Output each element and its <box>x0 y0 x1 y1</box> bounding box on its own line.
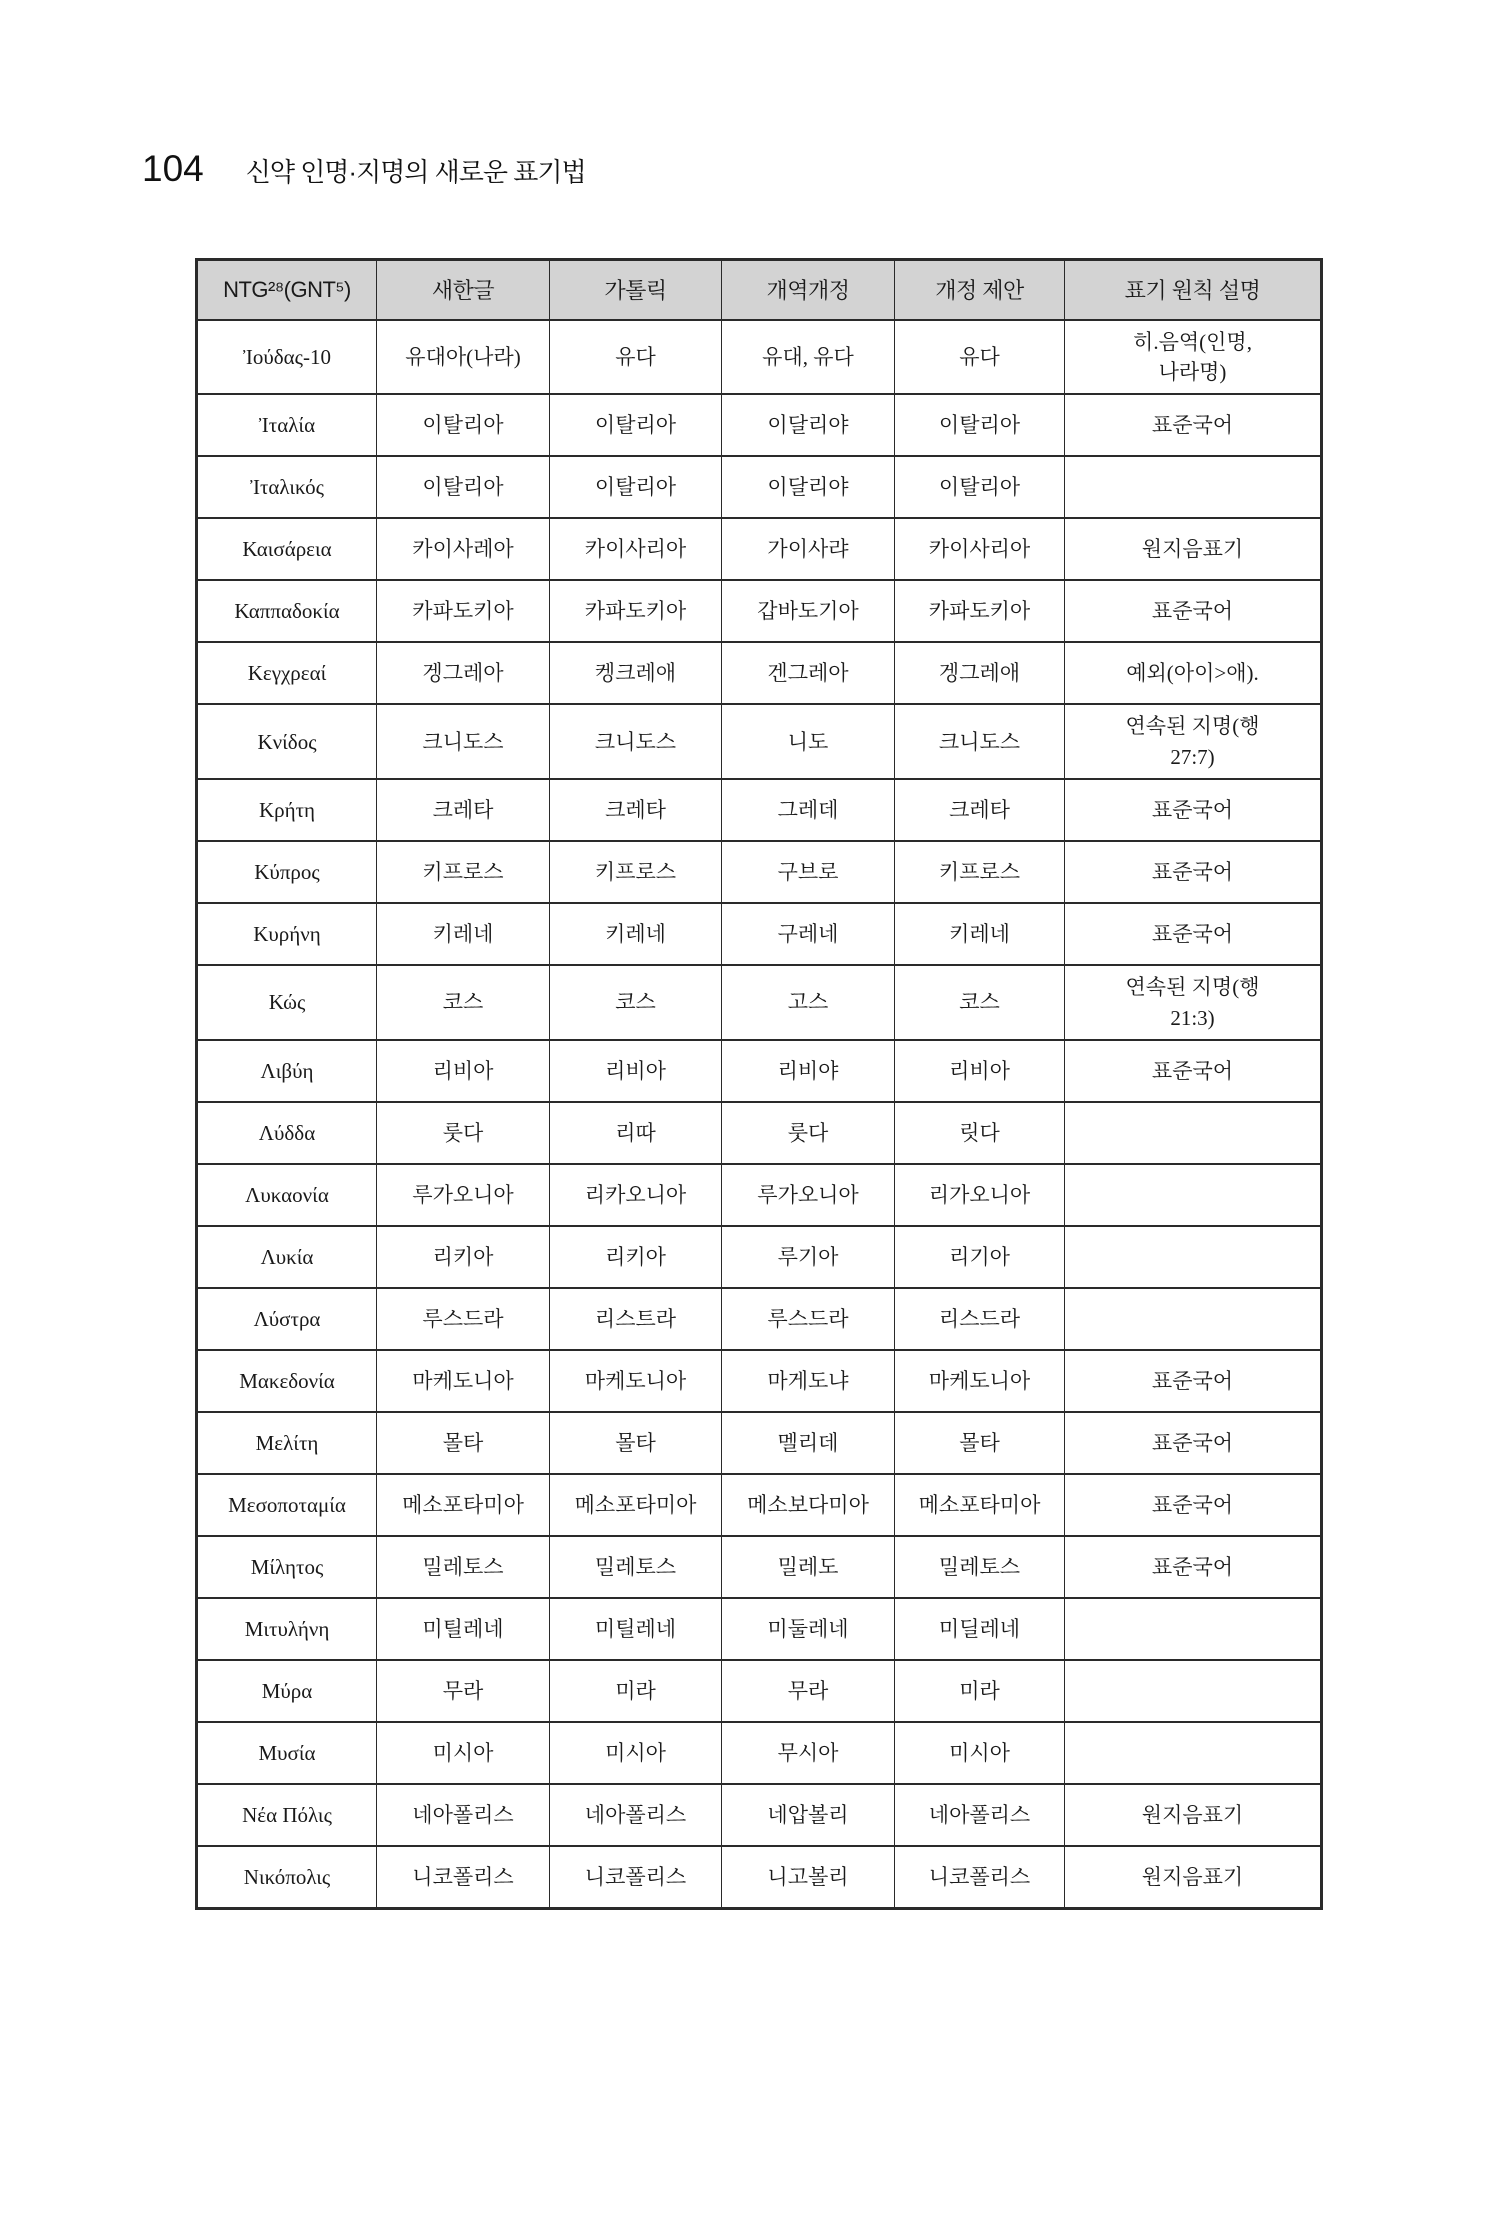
transliteration-cell: 유대아(나라) <box>377 320 550 395</box>
transliteration-cell: 미라 <box>895 1660 1065 1722</box>
transliteration-cell: 크레타 <box>377 779 550 841</box>
transliteration-cell: 겐그레아 <box>722 642 895 704</box>
transliteration-cell: 몰타 <box>895 1412 1065 1474</box>
table-row: Νέα Πόλις네아폴리스네아폴리스네압볼리네아폴리스원지음표기 <box>197 1784 1322 1846</box>
transliteration-cell: 크니도스 <box>895 704 1065 779</box>
table-row: Μεσοποταμία메소포타미아메소포타미아메소보다미아메소포타미아표준국어 <box>197 1474 1322 1536</box>
greek-name-cell: Λιβύη <box>197 1040 377 1102</box>
transliteration-cell: 리스트라 <box>550 1288 722 1350</box>
greek-name-cell: Καισάρεια <box>197 518 377 580</box>
transliteration-cell: 루기아 <box>722 1226 895 1288</box>
transliteration-cell: 코스 <box>550 965 722 1040</box>
table-row: Λυκία리키아리키아루기아리기아 <box>197 1226 1322 1288</box>
transliteration-cell: 코스 <box>895 965 1065 1040</box>
transliteration-cell: 이탈리아 <box>550 394 722 456</box>
transliteration-cell: 리비아 <box>377 1040 550 1102</box>
transliteration-cell: 리비아 <box>550 1040 722 1102</box>
transliteration-cell: 네아폴리스 <box>895 1784 1065 1846</box>
note-cell <box>1065 1226 1322 1288</box>
transliteration-cell: 이탈리아 <box>377 456 550 518</box>
table-row: Κνίδος크니도스크니도스니도크니도스연속된 지명(행 27:7) <box>197 704 1322 779</box>
greek-name-cell: Λύστρα <box>197 1288 377 1350</box>
transliteration-cell: 이탈리아 <box>895 456 1065 518</box>
document-page: 104 신약 인명·지명의 새로운 표기법 NTG²⁸(GNT⁵)새한글가톨릭개… <box>0 0 1512 2220</box>
table-row: Νικόπολις니코폴리스니코폴리스니고볼리니코폴리스원지음표기 <box>197 1846 1322 1908</box>
greek-name-cell: Μύρα <box>197 1660 377 1722</box>
transliteration-cell: 미라 <box>550 1660 722 1722</box>
note-cell <box>1065 1102 1322 1164</box>
table-row: Μελίτη몰타몰타멜리데몰타표준국어 <box>197 1412 1322 1474</box>
transliteration-cell: 미시아 <box>377 1722 550 1784</box>
transliteration-cell: 카이사리아 <box>895 518 1065 580</box>
transliteration-cell: 루가오니아 <box>722 1164 895 1226</box>
table-row: Μύρα무라미라무라미라 <box>197 1660 1322 1722</box>
greek-name-cell: Κύπρος <box>197 841 377 903</box>
greek-name-cell: Ἰούδας-10 <box>197 320 377 395</box>
table-row: Ἰταλία이탈리아이탈리아이달리야이탈리아표준국어 <box>197 394 1322 456</box>
greek-name-cell: Καππαδοκία <box>197 580 377 642</box>
transliteration-table: NTG²⁸(GNT⁵)새한글가톨릭개역개정개정 제안표기 원칙 설명 Ἰούδα… <box>195 258 1323 1910</box>
transliteration-cell: 리비아 <box>895 1040 1065 1102</box>
greek-name-cell: Μίλητος <box>197 1536 377 1598</box>
table-row: Καππαδοκία카파도키아카파도키아갑바도기아카파도키아표준국어 <box>197 580 1322 642</box>
table-row: Λιβύη리비아리비아리비야리비아표준국어 <box>197 1040 1322 1102</box>
transliteration-cell: 겡그레아 <box>377 642 550 704</box>
transliteration-cell: 켕크레애 <box>550 642 722 704</box>
transliteration-cell: 메소포타미아 <box>895 1474 1065 1536</box>
transliteration-cell: 멜리데 <box>722 1412 895 1474</box>
transliteration-cell: 미시아 <box>550 1722 722 1784</box>
transliteration-cell: 마케도니아 <box>550 1350 722 1412</box>
transliteration-cell: 니코폴리스 <box>895 1846 1065 1908</box>
transliteration-cell: 키레네 <box>895 903 1065 965</box>
transliteration-cell: 미틸레네 <box>550 1598 722 1660</box>
transliteration-cell: 미시아 <box>895 1722 1065 1784</box>
table-row: Κύπρος키프로스키프로스구브로키프로스표준국어 <box>197 841 1322 903</box>
note-cell: 표준국어 <box>1065 1536 1322 1598</box>
table-row: Λύστρα루스드라리스트라루스드라리스드라 <box>197 1288 1322 1350</box>
column-header-2: 가톨릭 <box>550 260 722 320</box>
transliteration-cell: 네압볼리 <box>722 1784 895 1846</box>
transliteration-cell: 리가오니아 <box>895 1164 1065 1226</box>
transliteration-cell: 크니도스 <box>377 704 550 779</box>
column-header-5: 표기 원칙 설명 <box>1065 260 1322 320</box>
column-header-3: 개역개정 <box>722 260 895 320</box>
table-row: Κρήτη크레타크레타그레데크레타표준국어 <box>197 779 1322 841</box>
table-row: Λυκαονία루가오니아리카오니아루가오니아리가오니아 <box>197 1164 1322 1226</box>
transliteration-cell: 니도 <box>722 704 895 779</box>
note-cell <box>1065 1722 1322 1784</box>
transliteration-cell: 키레네 <box>550 903 722 965</box>
page-header: 104 신약 인명·지명의 새로운 표기법 <box>142 148 586 190</box>
greek-name-cell: Ἰταλικός <box>197 456 377 518</box>
transliteration-cell: 리비야 <box>722 1040 895 1102</box>
note-cell: 원지음표기 <box>1065 1846 1322 1908</box>
transliteration-cell: 리키아 <box>550 1226 722 1288</box>
transliteration-cell: 이탈리아 <box>377 394 550 456</box>
transliteration-cell: 카이사레아 <box>377 518 550 580</box>
greek-name-cell: Νικόπολις <box>197 1846 377 1908</box>
note-cell: 표준국어 <box>1065 1350 1322 1412</box>
transliteration-cell: 룻다 <box>722 1102 895 1164</box>
column-header-4: 개정 제안 <box>895 260 1065 320</box>
transliteration-cell: 가이사랴 <box>722 518 895 580</box>
transliteration-cell: 유다 <box>895 320 1065 395</box>
greek-name-cell: Μυσία <box>197 1722 377 1784</box>
transliteration-cell: 키프로스 <box>550 841 722 903</box>
transliteration-cell: 그레데 <box>722 779 895 841</box>
transliteration-cell: 릿다 <box>895 1102 1065 1164</box>
transliteration-cell: 니코폴리스 <box>550 1846 722 1908</box>
note-cell <box>1065 1288 1322 1350</box>
greek-name-cell: Λυκαονία <box>197 1164 377 1226</box>
note-cell: 표준국어 <box>1065 1040 1322 1102</box>
transliteration-cell: 메소보다미아 <box>722 1474 895 1536</box>
greek-name-cell: Κνίδος <box>197 704 377 779</box>
note-cell: 예외(아이>애). <box>1065 642 1322 704</box>
note-cell: 원지음표기 <box>1065 518 1322 580</box>
note-cell: 표준국어 <box>1065 580 1322 642</box>
table-row: Λύδδα룻다리따룻다릿다 <box>197 1102 1322 1164</box>
transliteration-cell: 루스드라 <box>722 1288 895 1350</box>
table-row: Ἰταλικός이탈리아이탈리아이달리야이탈리아 <box>197 456 1322 518</box>
greek-name-cell: Λυκία <box>197 1226 377 1288</box>
transliteration-cell: 구브로 <box>722 841 895 903</box>
note-cell: 표준국어 <box>1065 841 1322 903</box>
transliteration-cell: 키프로스 <box>377 841 550 903</box>
note-cell: 히.음역(인명, 나라명) <box>1065 320 1322 395</box>
table-header-row: NTG²⁸(GNT⁵)새한글가톨릭개역개정개정 제안표기 원칙 설명 <box>197 260 1322 320</box>
note-cell <box>1065 1164 1322 1226</box>
greek-name-cell: Μεσοποταμία <box>197 1474 377 1536</box>
transliteration-cell: 이탈리아 <box>550 456 722 518</box>
note-cell: 표준국어 <box>1065 779 1322 841</box>
greek-name-cell: Μιτυλήνη <box>197 1598 377 1660</box>
transliteration-cell: 리카오니아 <box>550 1164 722 1226</box>
transliteration-cell: 미둘레네 <box>722 1598 895 1660</box>
transliteration-cell: 크니도스 <box>550 704 722 779</box>
note-cell: 연속된 지명(행 27:7) <box>1065 704 1322 779</box>
table-row: Ἰούδας-10유대아(나라)유다유대, 유다유다히.음역(인명, 나라명) <box>197 320 1322 395</box>
note-cell: 표준국어 <box>1065 394 1322 456</box>
transliteration-cell: 구레네 <box>722 903 895 965</box>
transliteration-cell: 키레네 <box>377 903 550 965</box>
table-row: Μίλητος밀레토스밀레토스밀레도밀레토스표준국어 <box>197 1536 1322 1598</box>
note-cell: 원지음표기 <box>1065 1784 1322 1846</box>
transliteration-cell: 리기아 <box>895 1226 1065 1288</box>
note-cell: 표준국어 <box>1065 903 1322 965</box>
transliteration-cell: 밀레도 <box>722 1536 895 1598</box>
table-body: Ἰούδας-10유대아(나라)유다유대, 유다유다히.음역(인명, 나라명)Ἰ… <box>197 320 1322 1909</box>
transliteration-cell: 이달리야 <box>722 394 895 456</box>
transliteration-cell: 미틸레네 <box>377 1598 550 1660</box>
note-cell <box>1065 1660 1322 1722</box>
greek-name-cell: Μελίτη <box>197 1412 377 1474</box>
transliteration-cell: 무라 <box>722 1660 895 1722</box>
greek-name-cell: Κυρήνη <box>197 903 377 965</box>
transliteration-cell: 겡그레애 <box>895 642 1065 704</box>
page-number: 104 <box>142 148 204 190</box>
greek-name-cell: Κώς <box>197 965 377 1040</box>
transliteration-cell: 니코폴리스 <box>377 1846 550 1908</box>
transliteration-cell: 룻다 <box>377 1102 550 1164</box>
transliteration-cell: 몰타 <box>550 1412 722 1474</box>
transliteration-cell: 메소포타미아 <box>377 1474 550 1536</box>
transliteration-cell: 이탈리아 <box>895 394 1065 456</box>
transliteration-cell: 네아폴리스 <box>550 1784 722 1846</box>
table-row: Μακεδονία마케도니아마케도니아마게도냐마케도니아표준국어 <box>197 1350 1322 1412</box>
transliteration-cell: 코스 <box>377 965 550 1040</box>
transliteration-cell: 밀레토스 <box>895 1536 1065 1598</box>
transliteration-cell: 네아폴리스 <box>377 1784 550 1846</box>
greek-name-cell: Λύδδα <box>197 1102 377 1164</box>
transliteration-cell: 키프로스 <box>895 841 1065 903</box>
transliteration-cell: 카이사리아 <box>550 518 722 580</box>
note-cell <box>1065 1598 1322 1660</box>
transliteration-cell: 메소포타미아 <box>550 1474 722 1536</box>
transliteration-cell: 크레타 <box>895 779 1065 841</box>
transliteration-cell: 카파도키아 <box>377 580 550 642</box>
greek-name-cell: Κρήτη <box>197 779 377 841</box>
transliteration-cell: 마케도니아 <box>377 1350 550 1412</box>
transliteration-cell: 유대, 유다 <box>722 320 895 395</box>
transliteration-cell: 리스드라 <box>895 1288 1065 1350</box>
note-cell: 표준국어 <box>1065 1412 1322 1474</box>
note-cell: 표준국어 <box>1065 1474 1322 1536</box>
transliteration-cell: 니고볼리 <box>722 1846 895 1908</box>
transliteration-cell: 마게도냐 <box>722 1350 895 1412</box>
transliteration-cell: 이달리야 <box>722 456 895 518</box>
transliteration-cell: 갑바도기아 <box>722 580 895 642</box>
note-cell <box>1065 456 1322 518</box>
table-row: Καισάρεια카이사레아카이사리아가이사랴카이사리아원지음표기 <box>197 518 1322 580</box>
transliteration-cell: 몰타 <box>377 1412 550 1474</box>
transliteration-cell: 크레타 <box>550 779 722 841</box>
transliteration-cell: 루가오니아 <box>377 1164 550 1226</box>
transliteration-cell: 마케도니아 <box>895 1350 1065 1412</box>
column-header-0: NTG²⁸(GNT⁵) <box>197 260 377 320</box>
table-row: Κεγχρεαί겡그레아켕크레애겐그레아겡그레애예외(아이>애). <box>197 642 1322 704</box>
transliteration-cell: 무라 <box>377 1660 550 1722</box>
transliteration-cell: 리따 <box>550 1102 722 1164</box>
transliteration-cell: 카파도키아 <box>550 580 722 642</box>
greek-name-cell: Κεγχρεαί <box>197 642 377 704</box>
transliteration-cell: 밀레토스 <box>550 1536 722 1598</box>
transliteration-cell: 루스드라 <box>377 1288 550 1350</box>
transliteration-cell: 유다 <box>550 320 722 395</box>
greek-name-cell: Νέα Πόλις <box>197 1784 377 1846</box>
transliteration-cell: 무시아 <box>722 1722 895 1784</box>
greek-name-cell: Ἰταλία <box>197 394 377 456</box>
table-row: Κώς코스코스고스코스연속된 지명(행 21:3) <box>197 965 1322 1040</box>
transliteration-cell: 고스 <box>722 965 895 1040</box>
table-row: Μυσία미시아미시아무시아미시아 <box>197 1722 1322 1784</box>
transliteration-cell: 밀레토스 <box>377 1536 550 1598</box>
column-header-1: 새한글 <box>377 260 550 320</box>
transliteration-cell: 리키아 <box>377 1226 550 1288</box>
greek-name-cell: Μακεδονία <box>197 1350 377 1412</box>
page-title: 신약 인명·지명의 새로운 표기법 <box>246 152 586 189</box>
note-cell: 연속된 지명(행 21:3) <box>1065 965 1322 1040</box>
table-row: Μιτυλήνη미틸레네미틸레네미둘레네미딜레네 <box>197 1598 1322 1660</box>
table-row: Κυρήνη키레네키레네구레네키레네표준국어 <box>197 903 1322 965</box>
transliteration-cell: 카파도키아 <box>895 580 1065 642</box>
transliteration-cell: 미딜레네 <box>895 1598 1065 1660</box>
